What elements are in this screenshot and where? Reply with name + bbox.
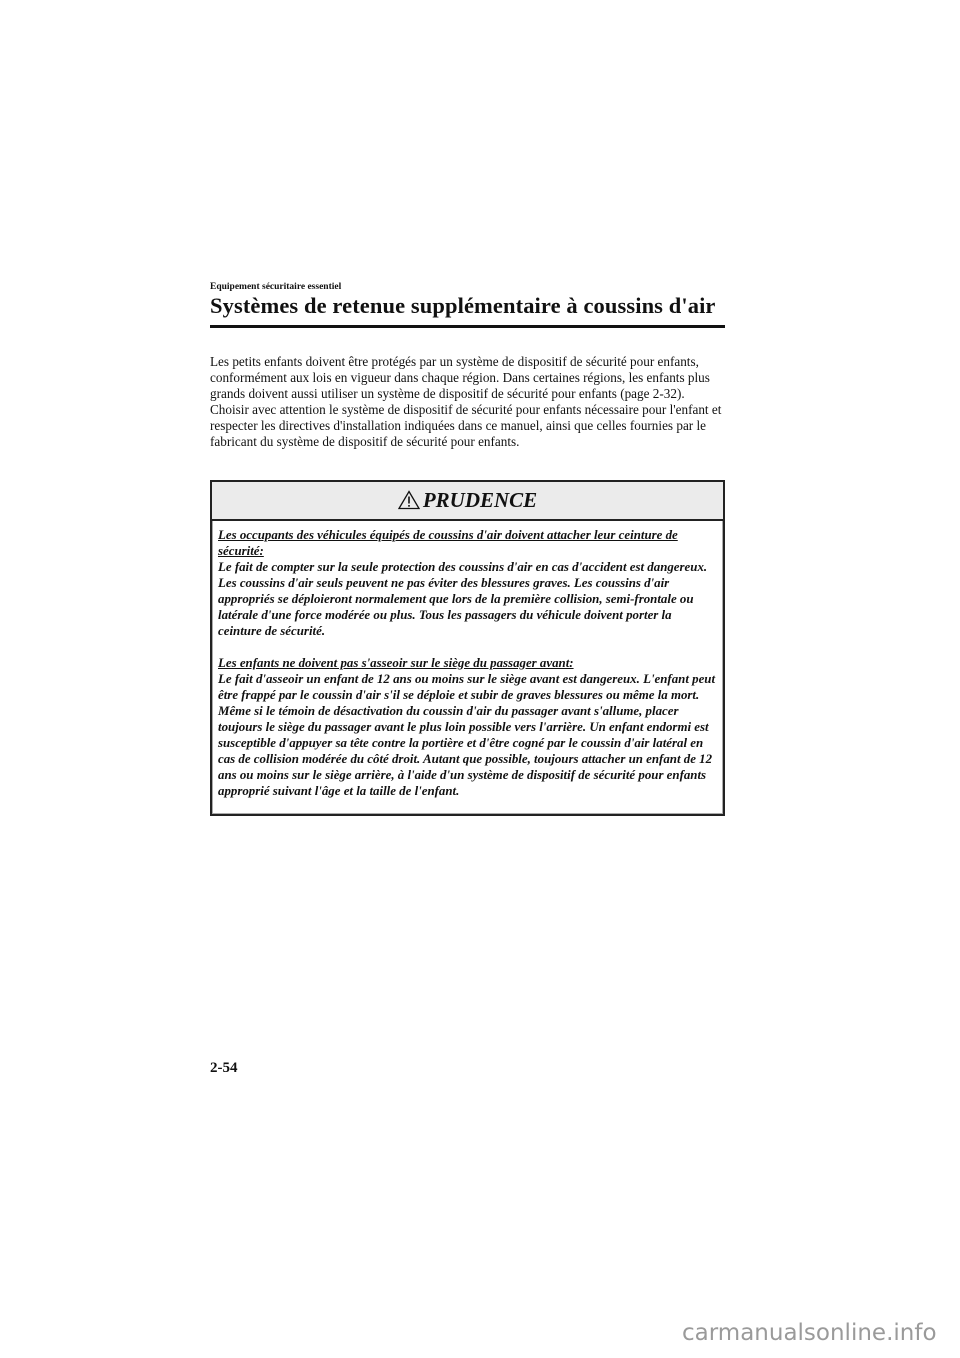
caution-box: PRUDENCE Les occupants des véhicules équ… — [210, 480, 725, 816]
page-number: 2-54 — [210, 1060, 238, 1077]
intro-paragraph-1: Les petits enfants doivent être protégés… — [210, 354, 730, 402]
caution-item-heading: Les occupants des véhicules équipés de c… — [218, 527, 717, 559]
caution-item-text: Le fait d'asseoir un enfant de 12 ans ou… — [218, 671, 717, 799]
intro-text: Les petits enfants doivent être protégés… — [210, 354, 730, 450]
caution-header: PRUDENCE — [212, 482, 723, 521]
caution-title: PRUDENCE — [423, 488, 537, 513]
watermark: carmanualsonline.info — [682, 1320, 937, 1346]
caution-item-heading: Les enfants ne doivent pas s'asseoir sur… — [218, 655, 717, 671]
spacer — [218, 639, 717, 655]
caution-body: Les occupants des véhicules équipés de c… — [212, 521, 723, 799]
caution-item-text: Le fait de compter sur la seule protecti… — [218, 559, 717, 639]
page-title: Systèmes de retenue supplémentaire à cou… — [210, 293, 716, 319]
section-label: Equipement sécuritaire essentiel — [210, 282, 341, 292]
warning-triangle-icon — [398, 490, 420, 510]
intro-paragraph-2: Choisir avec attention le système de dis… — [210, 402, 730, 450]
title-rule — [210, 325, 725, 328]
